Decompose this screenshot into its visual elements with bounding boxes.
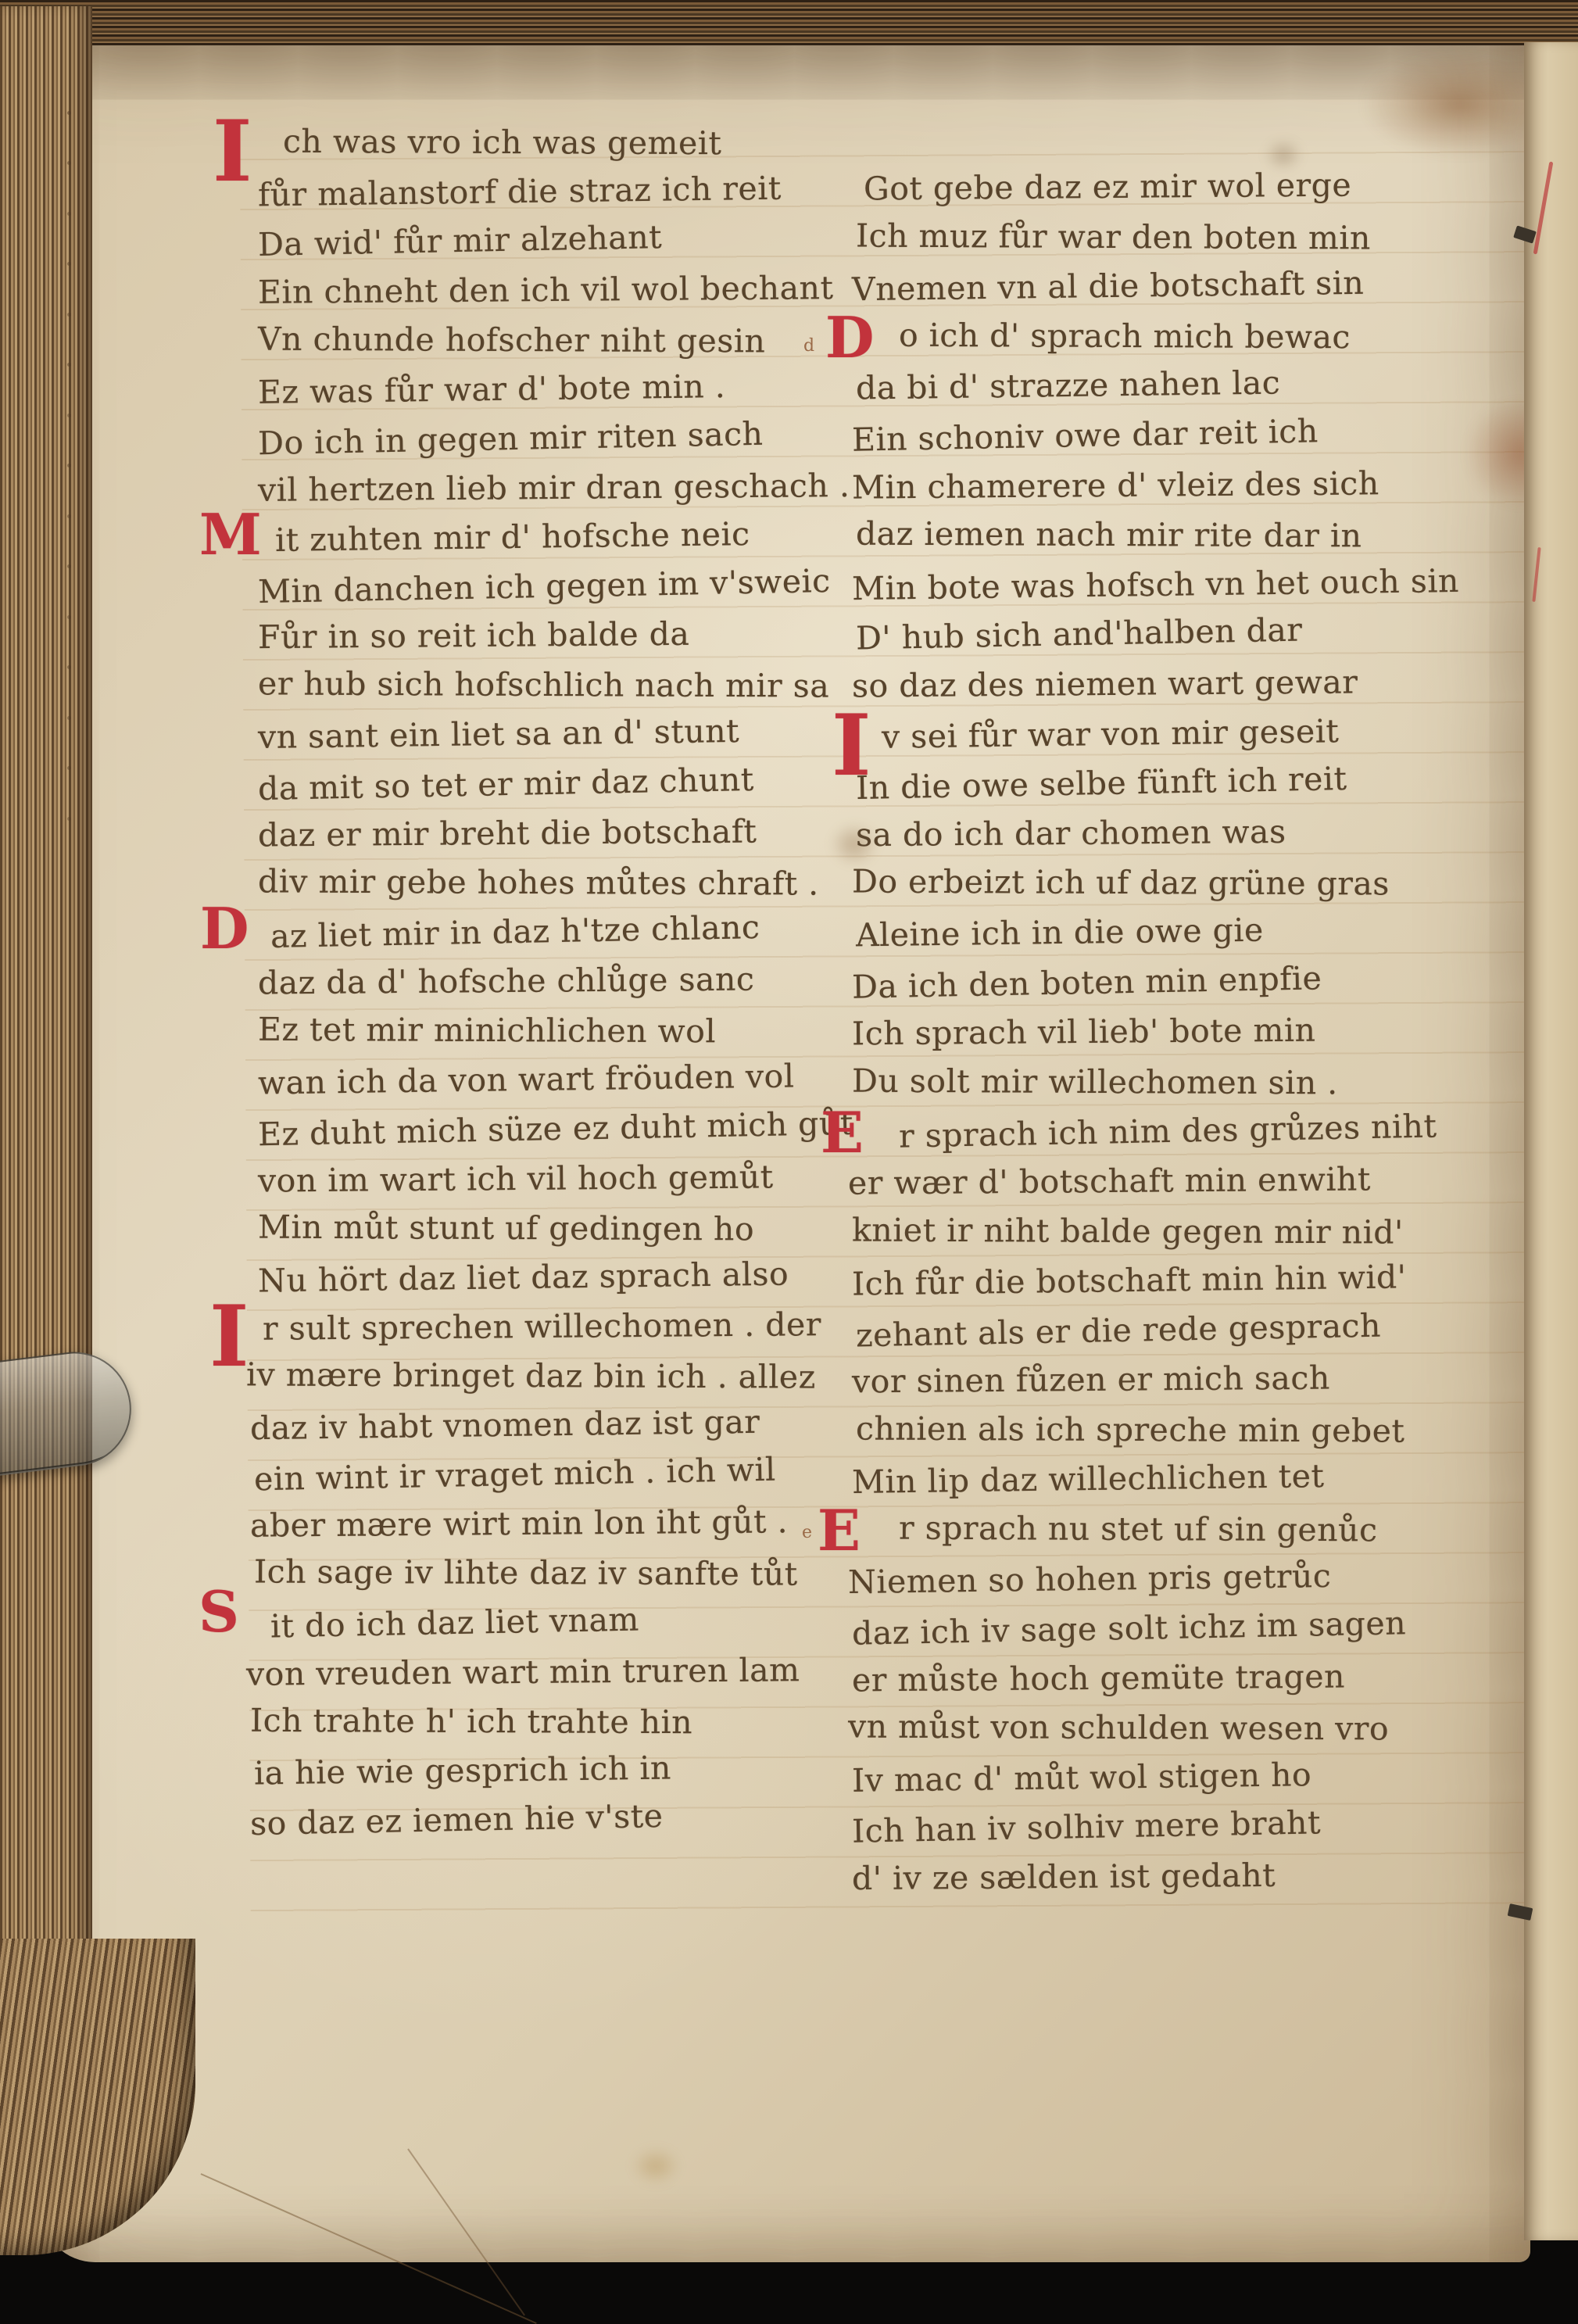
- book-block-left-edge: [0, 6, 92, 2164]
- text-line: vn můst von schulden wesen vro: [848, 1707, 1389, 1747]
- stain: [621, 2139, 691, 2193]
- text-line: vil hertzen lieb mir dran geschach .: [258, 467, 850, 509]
- text-line: Min bote was hofsch vn het ouch sin: [852, 562, 1459, 607]
- text-line: so daz ez iemen hie v'ste: [250, 1797, 664, 1842]
- text-line: d' iv ze sælden ist gedaht: [852, 1857, 1276, 1897]
- text-line: Min chamerere d' vleiz des sich: [852, 464, 1379, 506]
- text-line: fůr malanstorf die straz ich reit: [258, 170, 782, 214]
- rubricated-initial: D: [825, 310, 874, 366]
- text-line: Min můt stunt uf gedingen ho: [258, 1209, 754, 1248]
- rubricated-initial: I: [209, 1294, 249, 1379]
- text-line: sa do ich dar chomen was: [856, 813, 1286, 854]
- text-line: daz da d' hofsche chlůge sanc: [258, 961, 755, 1002]
- text-line: da bi d' strazze nahen lac: [856, 363, 1281, 406]
- text-line: it do ich daz liet vnam: [270, 1600, 640, 1645]
- text-line: er můste hoch gemüte tragen: [852, 1658, 1345, 1699]
- text-line: Vnemen vn al die botschaft sin: [852, 264, 1365, 309]
- rubricated-initial: I: [213, 109, 252, 194]
- text-line: aber mære wirt min lon iht gůt .: [250, 1502, 788, 1544]
- text-line: Ez was fůr war d' bote min .: [258, 367, 726, 411]
- text-line: r sprach nu stet uf sin genůc: [899, 1509, 1378, 1549]
- text-line: Da wid' fůr mir alzehant: [258, 218, 663, 263]
- text-line: er wær d' botschaft min enwiht: [848, 1160, 1371, 1201]
- text-line: von vreuden wart min truren lam: [246, 1651, 800, 1693]
- text-line: vor sinen fůzen er mich sach: [852, 1359, 1330, 1401]
- rubricated-initial: M: [199, 507, 262, 563]
- text-line: Do erbeizt ich uf daz grüne gras: [852, 862, 1390, 902]
- text-line: Ein chneht den ich vil wol bechant: [258, 269, 834, 311]
- text-line: v sei fůr war von mir geseit: [882, 712, 1340, 756]
- text-line: kniet ir niht balde gegen mir nid': [852, 1211, 1404, 1251]
- rubricated-initial: E: [818, 1502, 861, 1559]
- guide-letter: d: [803, 336, 814, 356]
- text-line: ch was vro ich was gemeit: [283, 123, 722, 162]
- text-line: r sult sprechen willechomen . der: [263, 1305, 821, 1348]
- text-line: vn sant ein liet sa an d' stunt: [258, 712, 740, 756]
- text-line: Got gebe daz ez mir wol erge: [864, 167, 1351, 208]
- text-line: wan ich da von wart fröuden vol: [258, 1058, 795, 1102]
- text-line: Fůr in so reit ich balde da: [258, 615, 690, 656]
- text-line: Iv mac d' můt wol stigen ho: [852, 1756, 1312, 1799]
- text-line: Aleine ich in die owe gie: [856, 911, 1264, 954]
- text-line: Ich fůr die botschaft min hin wid': [852, 1258, 1407, 1302]
- text-line: Ich muz fůr war den boten min: [856, 217, 1371, 257]
- facing-page-red-mark: [1532, 547, 1540, 602]
- text-line: daz iemen nach mir rite dar in: [856, 515, 1362, 555]
- text-line: Ez tet mir minichlichen wol: [258, 1011, 716, 1051]
- facing-page-red-mark: [1533, 161, 1554, 254]
- text-line: so daz des niemen wart gewar: [852, 663, 1358, 704]
- text-line: iv mære bringet daz bin ich . allez: [246, 1355, 816, 1395]
- text-line: er hub sich hofschlich nach mir sa: [258, 664, 829, 704]
- text-line: daz er mir breht die botschaft: [258, 812, 757, 854]
- text-line: Nu hört daz liet daz sprach also: [258, 1255, 789, 1300]
- rubricated-initial: D: [200, 901, 249, 957]
- text-line: Ich sprach vil lieb' bote min: [852, 1012, 1316, 1053]
- prick-marks: [67, 111, 71, 115]
- text-line: o ich d' sprach mich bewac: [899, 317, 1351, 356]
- text-line: Niemen so hohen pris getrůc: [848, 1557, 1332, 1601]
- text-line: ia hie wie gesprich ich in: [254, 1749, 671, 1792]
- fold-crease: [201, 2173, 537, 2324]
- text-line: Ich sage iv lihte daz iv sanfte tůt: [254, 1552, 798, 1592]
- rubricated-initial: S: [199, 1584, 239, 1640]
- rubricated-initial: E: [821, 1105, 864, 1161]
- text-line: chnien als ich spreche min gebet: [856, 1409, 1405, 1449]
- text-line: it zuhten mir d' hofsche neic: [275, 515, 750, 559]
- book-block-top-edge: [0, 0, 1578, 45]
- guide-letter: e: [802, 1523, 812, 1542]
- text-line: Ich trahte h' ich trahte hin: [250, 1702, 692, 1741]
- text-line: Vn chunde hofscher niht gesin: [258, 320, 766, 360]
- text-line: von im wart ich vil hoch gemůt: [258, 1158, 774, 1199]
- text-line: Min lip daz willechlichen tet: [852, 1457, 1325, 1501]
- text-line: div mir gebe hohes můtes chraft .: [258, 862, 819, 902]
- text-line: Du solt mir willechomen sin .: [852, 1062, 1338, 1102]
- text-line: daz iv habt vnomen daz ist gar: [250, 1403, 760, 1448]
